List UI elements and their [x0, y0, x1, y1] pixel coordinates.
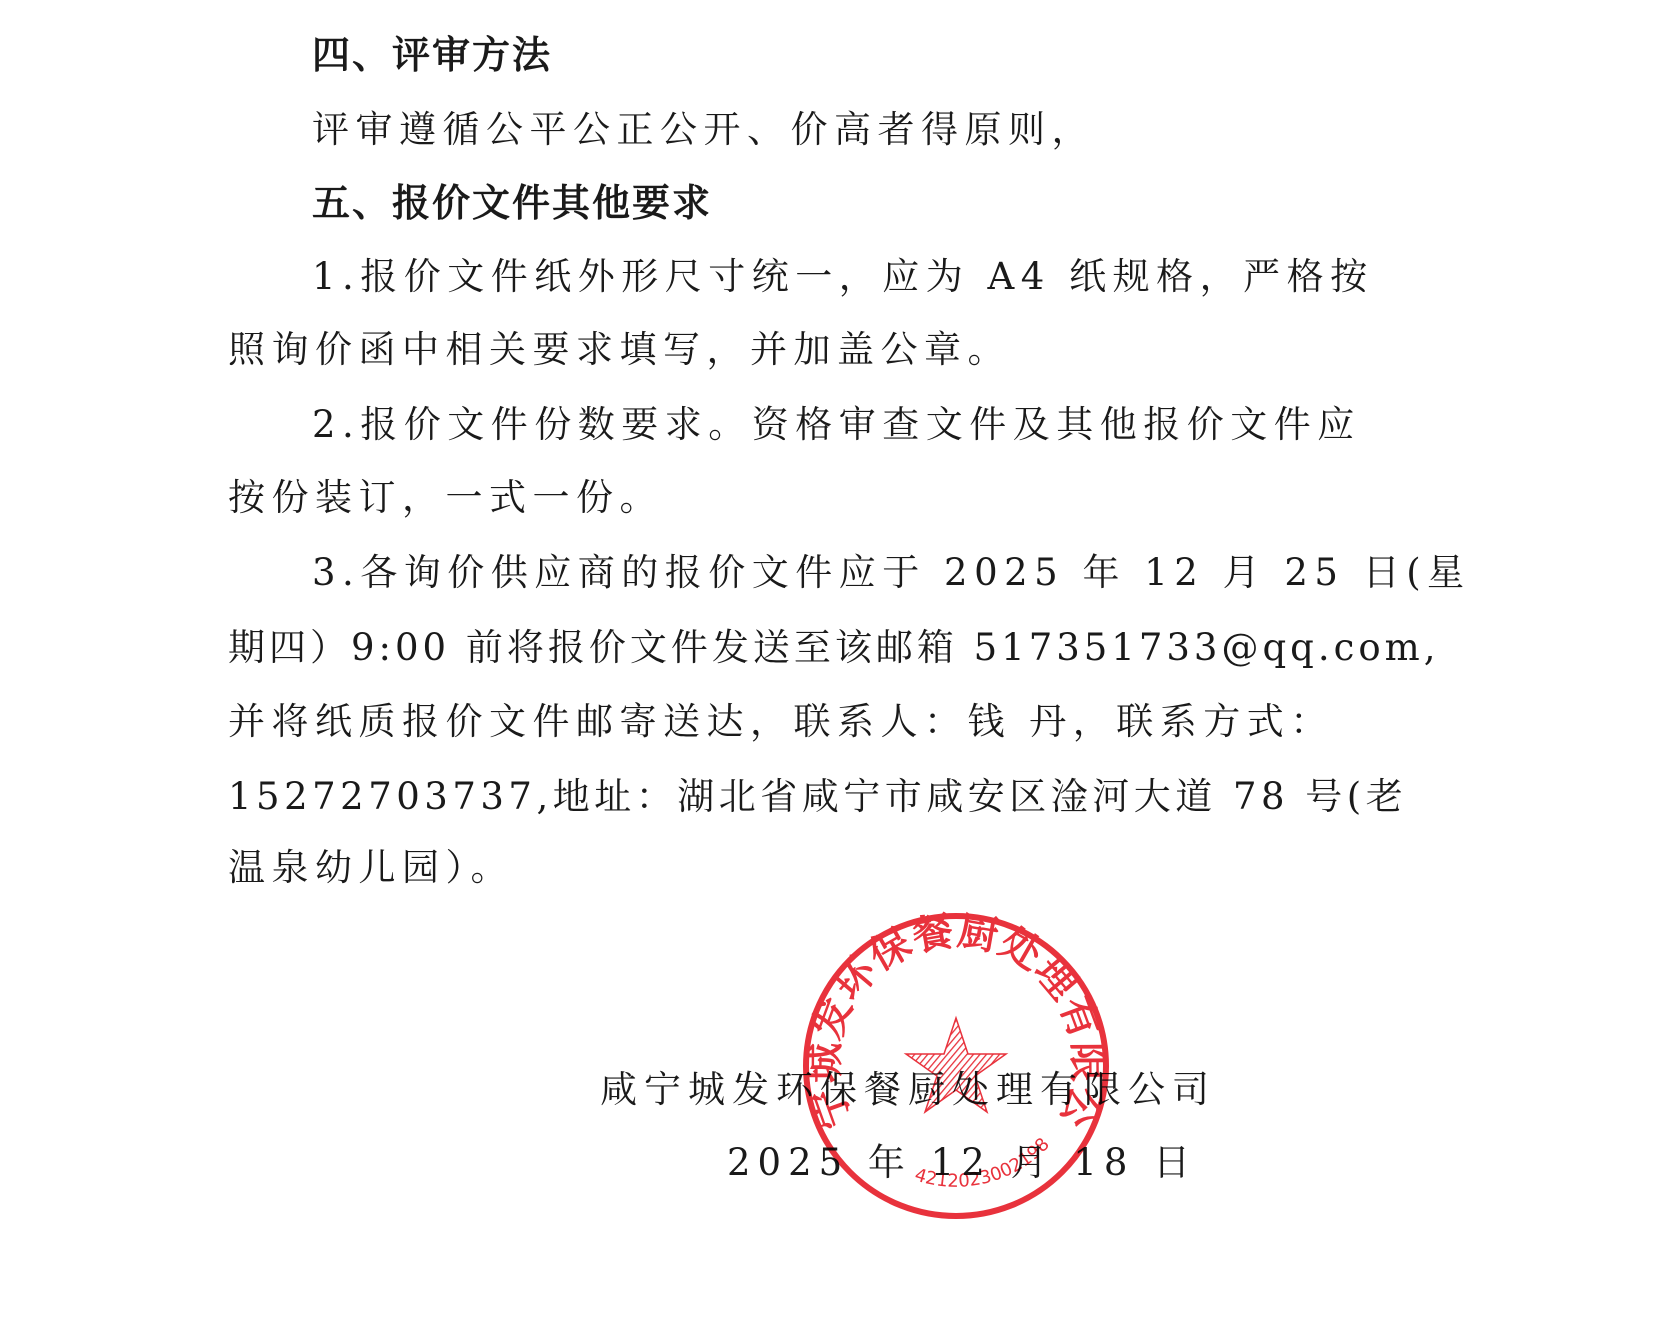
item-3-line-5: 温泉幼儿园）。	[228, 846, 514, 890]
company-seal: 咸宁城发环保餐厨处理有限公司 4212023002198	[800, 910, 1112, 1222]
item-1-line-2: 照询价函中相关要求填写，并加盖公章。	[228, 328, 1011, 372]
item-3-line-3: 并将纸质报价文件邮寄送达，联系人：钱 丹，联系方式：	[228, 700, 1334, 744]
item-2-line-2: 按份装订，一式一份。	[228, 476, 663, 520]
section-4-body: 评审遵循公平公正公开、价高者得原则，	[312, 108, 1095, 152]
item-2-line-1: 2.报价文件份数要求。资格审查文件及其他报价文件应	[312, 403, 1361, 447]
item-3-line-2: 期四）9:00 前将报价文件发送至该邮箱 517351733@qq.com,	[228, 626, 1439, 670]
star-icon	[906, 1018, 1006, 1112]
item-3-line-4: 15272703737,地址：湖北省咸宁市咸安区淦河大道 78 号(老	[228, 775, 1407, 819]
section-5-heading: 五、报价文件其他要求	[312, 181, 712, 225]
item-1-line-1: 1.报价文件纸外形尺寸统一，应为 A4 纸规格，严格按	[312, 255, 1374, 299]
seal-code-text: 4212023002198	[912, 1134, 1054, 1192]
item-3-line-1: 3.各询价供应商的报价文件应于 2025 年 12 月 25 日(星	[312, 551, 1471, 595]
section-4-heading: 四、评审方法	[312, 33, 552, 77]
